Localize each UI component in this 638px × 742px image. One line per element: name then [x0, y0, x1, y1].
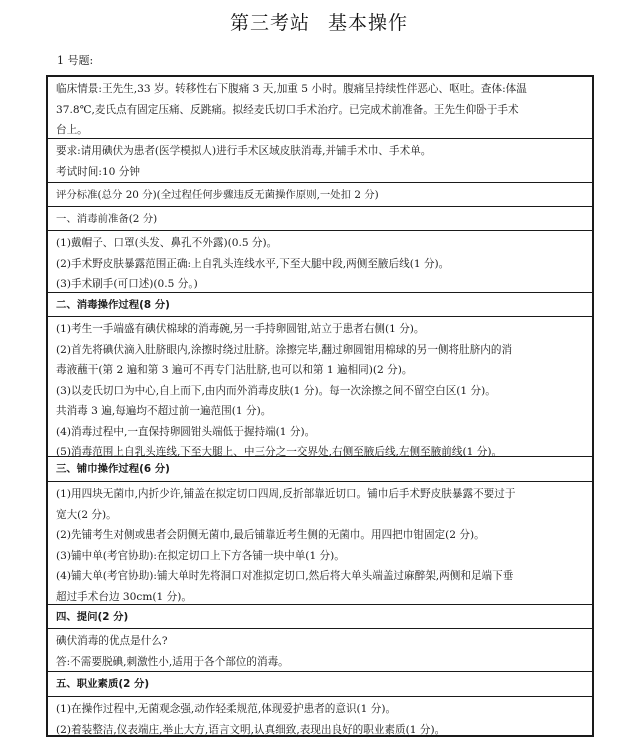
rubric-item: 毒液蘸干(第 2 遍和第 3 遍可不再专门沾肚脐,也可以和第 1 遍相同)(2 … [56, 360, 584, 381]
section-3-body: (1)用四块无菌巾,内折少许,铺盖在拟定切口四周,反折部靠近切口。铺巾后手术野皮… [48, 482, 592, 605]
clinical-scenario-row: 临床情景:王先生,33 岁。转移性右下腹痛 3 天,加重 5 小时。腹痛呈持续性… [48, 77, 592, 139]
section-1-body: (1)戴帽子、口罩(头发、鼻孔不外露)(0.5 分)。 (2)手术野皮肤暴露范围… [48, 231, 592, 293]
section-4-body: 碘伏消毒的优点是什么? 答:不需要脱碘,刺激性小,适用于各个部位的消毒。 [48, 629, 592, 672]
section-title: 五、职业素质(2 分) [56, 674, 584, 695]
section-title: 二、消毒操作过程(8 分) [56, 295, 584, 316]
question-number: 1 号题: [57, 52, 93, 68]
rubric-item: (1)在操作过程中,无菌观念强,动作轻柔规范,体现爱护患者的意识(1 分)。 [56, 699, 584, 720]
section-1-header: 一、消毒前准备(2 分) [48, 207, 592, 231]
rubric-item: (1)考生一手端盛有碘伏棉球的消毒碗,另一手持卵圆钳,站立于患者右侧(1 分)。 [56, 319, 584, 340]
title-station: 第三考站 [230, 12, 310, 34]
scoring-standard-row: 评分标准(总分 20 分)(全过程任何步骤违反无菌操作原则,一处扣 2 分) [48, 183, 592, 207]
scenario-line: 临床情景:王先生,33 岁。转移性右下腹痛 3 天,加重 5 小时。腹痛呈持续性… [56, 79, 584, 100]
rubric-item: 超过手术台边 30cm(1 分)。 [56, 587, 584, 606]
scenario-line: 台上。 [56, 120, 584, 139]
rubric-item: 宽大(2 分)。 [56, 505, 584, 526]
rubric-item: 共消毒 3 遍,每遍均不超过前一遍范围(1 分)。 [56, 401, 584, 422]
section-4-header: 四、提问(2 分) [48, 605, 592, 629]
section-3-header: 三、铺巾操作过程(6 分) [48, 457, 592, 482]
rubric-item: (3)铺中单(考官协助):在拟定切口上下方各铺一块中单(1 分)。 [56, 546, 584, 567]
scenario-line: 37.8℃,麦氏点有固定压痛、反跳痛。拟经麦氏切口手术治疗。已完成术前准备。王先… [56, 100, 584, 121]
rubric-item: (5)消毒范围上自乳头连线,下至大腿上、中三分之一交界处,右侧至腋后线,左侧至腋… [56, 442, 584, 457]
title-topic: 基本操作 [328, 12, 408, 34]
rubric-item: (2)先铺考生对侧或患者会阴侧无菌巾,最后铺靠近考生侧的无菌巾。用四把巾钳固定(… [56, 525, 584, 546]
rubric-item: (3)以麦氏切口为中心,自上而下,由内而外消毒皮肤(1 分)。每一次涂擦之间不留… [56, 381, 584, 402]
requirement-row: 要求:请用碘伏为患者(医学模拟人)进行手术区域皮肤消毒,并铺手术巾、手术单。 考… [48, 139, 592, 183]
section-title: 四、提问(2 分) [56, 607, 584, 628]
rubric-item: (2)着装整洁,仪表端庄,举止大方,语言文明,认真细致,表现出良好的职业素质(1… [56, 720, 584, 736]
section-title: 一、消毒前准备(2 分) [56, 209, 584, 230]
rubric-item: (3)手术刷手(可口述)(0.5 分。) [56, 274, 584, 293]
rubric-item: (2)首先将碘伏滴入肚脐眼内,涂擦时绕过肚脐。涂擦完毕,翻过卵圆钳用棉球的另一侧… [56, 340, 584, 361]
section-2-header: 二、消毒操作过程(8 分) [48, 293, 592, 317]
rubric-item: (4)铺大单(考官协助):铺大单时先将洞口对准拟定切口,然后将大单头端盖过麻醉架… [56, 566, 584, 587]
requirement-text: 要求:请用碘伏为患者(医学模拟人)进行手术区域皮肤消毒,并铺手术巾、手术单。 [56, 141, 584, 162]
scoring-standard-text: 评分标准(总分 20 分)(全过程任何步骤违反无菌操作原则,一处扣 2 分) [56, 185, 584, 206]
exam-time: 考试时间:10 分钟 [56, 162, 584, 183]
rubric-table: 临床情景:王先生,33 岁。转移性右下腹痛 3 天,加重 5 小时。腹痛呈持续性… [46, 75, 594, 737]
section-5-body: (1)在操作过程中,无菌观念强,动作轻柔规范,体现爱护患者的意识(1 分)。 (… [48, 697, 592, 735]
section-2-body: (1)考生一手端盛有碘伏棉球的消毒碗,另一手持卵圆钳,站立于患者右侧(1 分)。… [48, 317, 592, 457]
answer-text: 答:不需要脱碘,刺激性小,适用于各个部位的消毒。 [56, 652, 584, 673]
section-5-header: 五、职业素质(2 分) [48, 672, 592, 697]
rubric-item: (1)戴帽子、口罩(头发、鼻孔不外露)(0.5 分)。 [56, 233, 584, 254]
question-text: 碘伏消毒的优点是什么? [56, 631, 584, 652]
rubric-item: (1)用四块无菌巾,内折少许,铺盖在拟定切口四周,反折部靠近切口。铺巾后手术野皮… [56, 484, 584, 505]
page-title: 第三考站基本操作 [0, 8, 638, 35]
rubric-item: (4)消毒过程中,一直保持卵圆钳头端低于握持端(1 分)。 [56, 422, 584, 443]
section-title: 三、铺巾操作过程(6 分) [56, 459, 584, 480]
rubric-item: (2)手术野皮肤暴露范围正确:上自乳头连线水平,下至大腿中段,两侧至腋后线(1 … [56, 254, 584, 275]
